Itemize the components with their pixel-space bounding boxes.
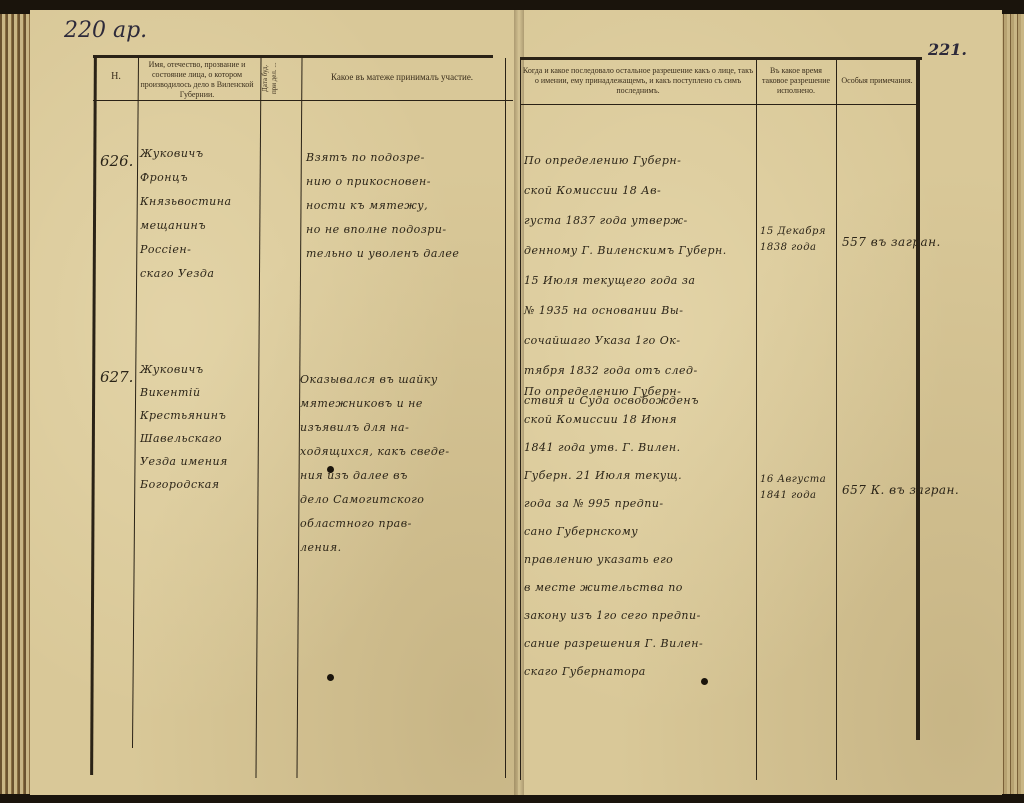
- header-bottom-rule-left: [93, 100, 513, 101]
- header-resolution: Когда и какое последовало остальное разр…: [522, 66, 754, 96]
- header-executed: Въ какое время таковое разрешение исполн…: [758, 66, 834, 96]
- entry-participation: Оказывался въ шайку мятежниковъ и не изъ…: [300, 368, 504, 560]
- col-rule-resolution: [756, 60, 757, 780]
- entry-number: 627.: [100, 368, 133, 386]
- punch-hole: [327, 674, 334, 681]
- book-spine: [514, 10, 524, 795]
- entry-remarks: 657 К. въ загран.: [842, 476, 982, 505]
- punch-hole: [327, 466, 334, 473]
- entry-resolution: По определению Губерн- ской Комиссии 18 …: [524, 378, 756, 686]
- entry-name: Жуковичъ Фронцъ Князьвостина мещанинъ Ро…: [140, 142, 258, 286]
- ledger-spread: 220 ар. 221. Н. Имя, отечество, прозвани…: [0, 0, 1024, 803]
- right-border-rule: [916, 60, 920, 740]
- col-rule-executed: [836, 60, 837, 780]
- page-edges-left: [0, 14, 32, 794]
- entry-executed-date: 16 Августа 1841 года: [760, 472, 836, 504]
- header-no: Н.: [100, 72, 132, 82]
- entry-resolution: По определению Губерн- ской Комиссии 18 …: [524, 146, 756, 416]
- header-top-rule-right: [520, 57, 922, 60]
- header-remarks: Особыя примечания.: [838, 76, 916, 86]
- entry-number: 626.: [100, 152, 133, 170]
- entry-name: Жуковичъ Викентiй Крестьянинъ Шавельскаг…: [140, 358, 258, 496]
- punch-hole: [701, 678, 708, 685]
- header-name: Имя, отечество, прозвание и состояние ли…: [138, 60, 256, 100]
- header-bottom-rule-right: [520, 104, 920, 105]
- entry-executed-date: 15 Декабря 1838 года: [760, 224, 836, 256]
- entry-remarks: 557 въ загран.: [842, 228, 962, 257]
- header-case-date: Дата буд. при дел. ...: [261, 58, 297, 98]
- col-rule-participation: [505, 58, 506, 778]
- entry-participation: Взятъ по подозре- нию о прикосновен- нос…: [306, 146, 504, 266]
- page-number-left: 220 ар.: [64, 18, 147, 43]
- col-rule-resolution-left: [520, 60, 521, 780]
- page-edges-right: [1000, 14, 1024, 794]
- page-number-right: 221.: [928, 40, 967, 59]
- header-participation: Какое въ матеже принималъ участие.: [302, 72, 502, 82]
